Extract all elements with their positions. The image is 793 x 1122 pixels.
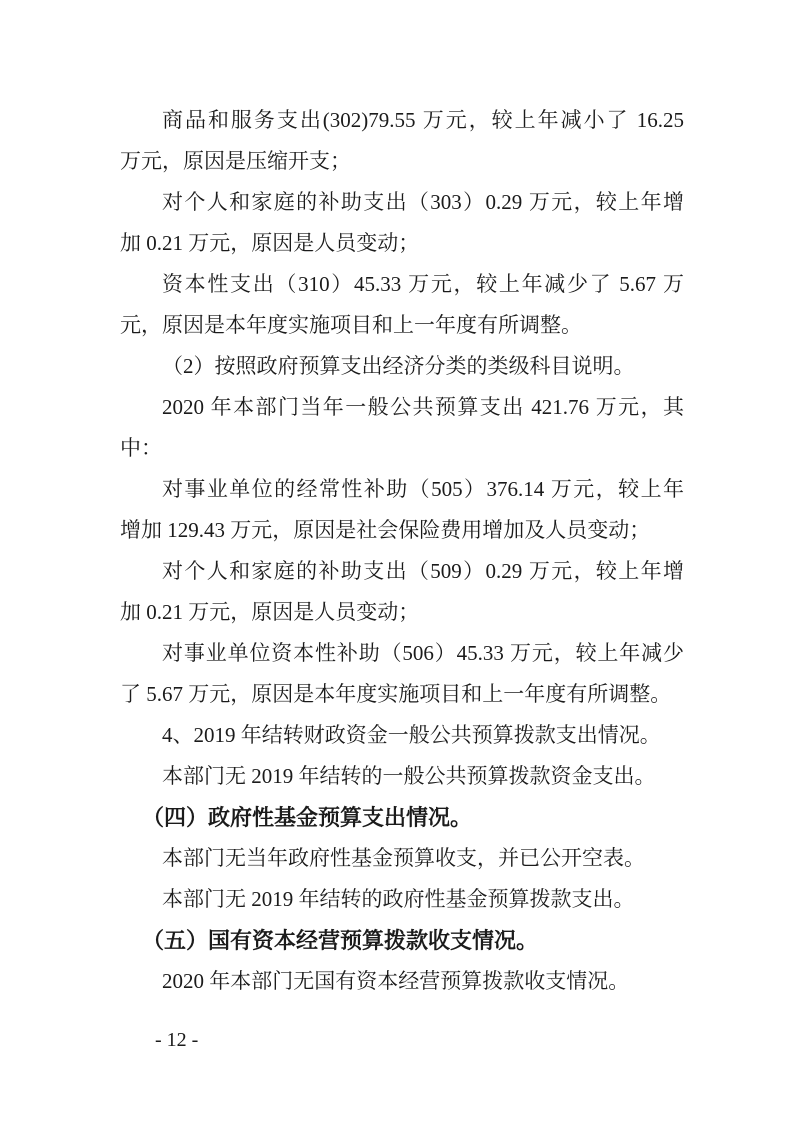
text-line: 对事业单位资本性补助（506）45.33 万元，较上年减少 (120, 633, 684, 674)
text-line: 2020 年本部门当年一般公共预算支出 421.76 万元，其 (120, 387, 684, 428)
text-line: 4、2019 年结转财政资金一般公共预算拨款支出情况。 (120, 715, 684, 756)
text-line: 加 0.21 万元，原因是人员变动； (120, 223, 684, 264)
text-line: 对事业单位的经常性补助（505）376.14 万元，较上年 (120, 469, 684, 510)
text-line: （2）按照政府预算支出经济分类的类级科目说明。 (120, 346, 684, 387)
section-heading: （五）国有资本经营预算拨款收支情况。 (120, 920, 684, 961)
text-line: 本部门无当年政府性基金预算收支，并已公开空表。 (120, 838, 684, 879)
text-line: 对个人和家庭的补助支出（303）0.29 万元，较上年增 (120, 182, 684, 223)
paragraph: 对个人和家庭的补助支出（303）0.29 万元，较上年增加 0.21 万元，原因… (120, 182, 684, 264)
paragraph: 对事业单位的经常性补助（505）376.14 万元，较上年增加 129.43 万… (120, 469, 684, 551)
paragraph: 本部门无当年政府性基金预算收支，并已公开空表。 (120, 838, 684, 879)
text-line: 对个人和家庭的补助支出（509）0.29 万元，较上年增 (120, 551, 684, 592)
text-line: （四）政府性基金预算支出情况。 (120, 797, 684, 838)
paragraph: 对个人和家庭的补助支出（509）0.29 万元，较上年增加 0.21 万元，原因… (120, 551, 684, 633)
text-line: 元，原因是本年度实施项目和上一年度有所调整。 (120, 305, 684, 346)
paragraph: 2020 年本部门无国有资本经营预算拨款收支情况。 (120, 961, 684, 1002)
document-page: 商品和服务支出(302)79.55 万元，较上年减小了 16.25万元，原因是压… (0, 0, 793, 1122)
paragraph: 资本性支出（310）45.33 万元，较上年减少了 5.67 万元，原因是本年度… (120, 264, 684, 346)
page-number: - 12 - (155, 1029, 198, 1051)
document-body: 商品和服务支出(302)79.55 万元，较上年减小了 16.25万元，原因是压… (120, 100, 684, 1002)
paragraph: 4、2019 年结转财政资金一般公共预算拨款支出情况。 (120, 715, 684, 756)
text-line: 了 5.67 万元，原因是本年度实施项目和上一年度有所调整。 (120, 674, 684, 715)
text-line: 万元，原因是压缩开支； (120, 141, 684, 182)
paragraph: 本部门无 2019 年结转的一般公共预算拨款资金支出。 (120, 756, 684, 797)
paragraph: 本部门无 2019 年结转的政府性基金预算拨款支出。 (120, 879, 684, 920)
text-line: 中： (120, 428, 684, 469)
text-line: （五）国有资本经营预算拨款收支情况。 (120, 920, 684, 961)
text-line: 资本性支出（310）45.33 万元，较上年减少了 5.67 万 (120, 264, 684, 305)
text-line: 商品和服务支出(302)79.55 万元，较上年减小了 16.25 (120, 100, 684, 141)
paragraph: 2020 年本部门当年一般公共预算支出 421.76 万元，其中： (120, 387, 684, 469)
text-line: 本部门无 2019 年结转的政府性基金预算拨款支出。 (120, 879, 684, 920)
paragraph: （2）按照政府预算支出经济分类的类级科目说明。 (120, 346, 684, 387)
text-line: 本部门无 2019 年结转的一般公共预算拨款资金支出。 (120, 756, 684, 797)
paragraph: 商品和服务支出(302)79.55 万元，较上年减小了 16.25万元，原因是压… (120, 100, 684, 182)
paragraph: 对事业单位资本性补助（506）45.33 万元，较上年减少了 5.67 万元，原… (120, 633, 684, 715)
text-line: 加 0.21 万元，原因是人员变动； (120, 592, 684, 633)
section-heading: （四）政府性基金预算支出情况。 (120, 797, 684, 838)
text-line: 增加 129.43 万元，原因是社会保险费用增加及人员变动； (120, 510, 684, 551)
text-line: 2020 年本部门无国有资本经营预算拨款收支情况。 (120, 961, 684, 1002)
